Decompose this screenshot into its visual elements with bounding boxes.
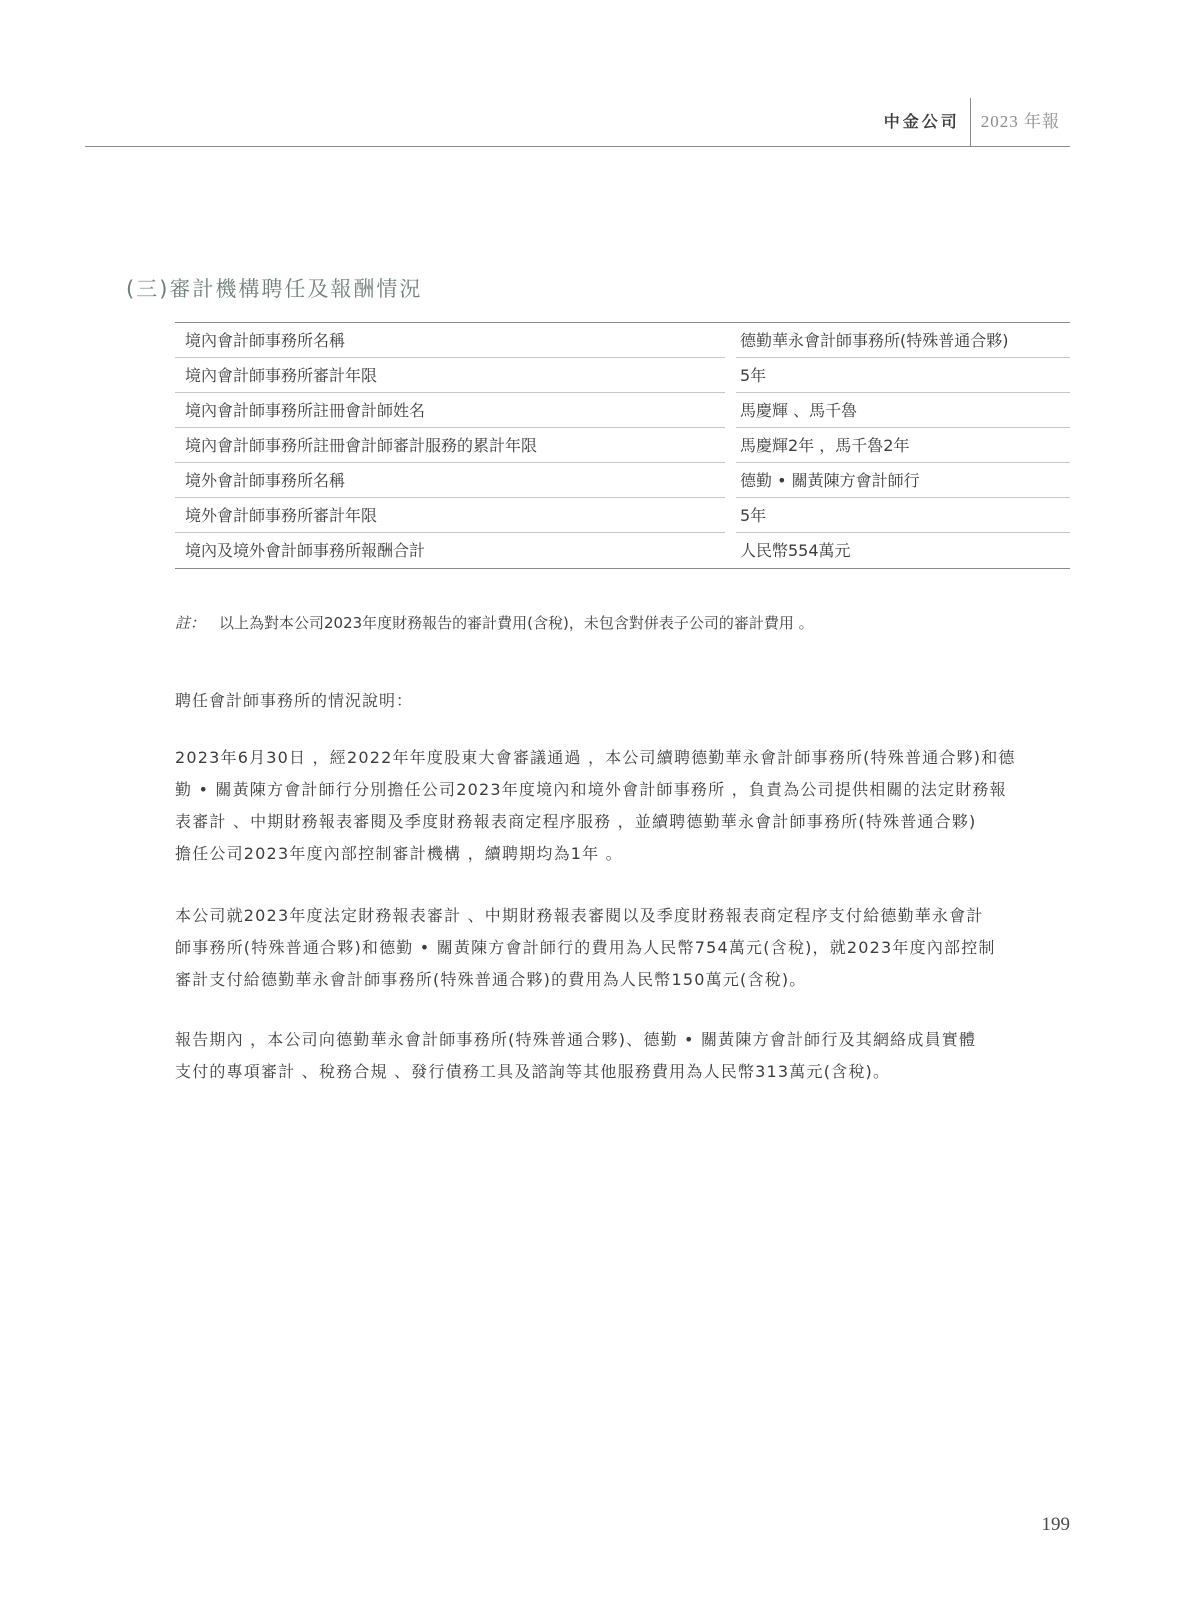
row-value: 德勤華永會計師事務所(特殊普通合夥) [736,323,1070,358]
paragraph-line: 2023年6月30日 ，經2022年年度股東大會審議通過 ，本公司續聘德勤華永會… [175,742,1070,774]
row-label: 境內會計師事務所名稱 [175,323,725,358]
paragraph-appointment: 2023年6月30日 ，經2022年年度股東大會審議通過 ，本公司續聘德勤華永會… [175,742,1070,870]
row-value: 馬慶輝2年 ，馬千魯2年 [736,428,1070,463]
header-right: 中金公司 2023 年報 [884,110,1060,146]
paragraph-line: 審計支付給德勤華永會計師事務所(特殊普通合夥)的費用為人民幣150萬元(含稅)。 [175,964,1070,996]
paragraph-line: 勤 • 關黃陳方會計師行分別擔任公司2023年度境內和境外會計師事務所 ，負責為… [175,774,1070,806]
paragraph-heading: 聘任會計師事務所的情況說明： [175,688,413,711]
paragraph-line: 報告期內 ，本公司向德勤華永會計師事務所(特殊普通合夥)、德勤 • 關黃陳方會計… [175,1024,1070,1056]
section-title: (三)審計機構聘任及報酬情況 [126,273,422,303]
paragraph-line: 師事務所(特殊普通合夥)和德勤 • 關黃陳方會計師行的費用為人民幣754萬元(含… [175,932,1070,964]
table-row: 境內會計師事務所審計年限 5年 [175,358,1070,393]
page-number: 199 [1042,1514,1071,1536]
report-year: 2023 年報 [971,110,1060,134]
table-row: 境外會計師事務所名稱 德勤 • 關黃陳方會計師行 [175,463,1070,498]
row-value: 5年 [736,498,1070,533]
paragraph-line: 表審計 、中期財務報表審閱及季度財務報表商定程序服務 ，並續聘德勤華永會計師事務… [175,806,1070,838]
row-value: 德勤 • 關黃陳方會計師行 [736,463,1070,498]
row-label: 境內會計師事務所註冊會計師審計服務的累計年限 [175,428,725,463]
paragraph-fees: 本公司就2023年度法定財務報表審計 、中期財務報表審閱以及季度財務報表商定程序… [175,900,1070,996]
paragraph-other-services: 報告期內 ，本公司向德勤華永會計師事務所(特殊普通合夥)、德勤 • 關黃陳方會計… [175,1024,1070,1088]
table-row: 境內會計師事務所註冊會計師姓名 馬慶輝 、馬千魯 [175,393,1070,428]
auditor-table: 境內會計師事務所名稱 德勤華永會計師事務所(特殊普通合夥) 境內會計師事務所審計… [175,322,1070,569]
page-header: 中金公司 2023 年報 [85,98,1070,147]
table-row: 境外會計師事務所審計年限 5年 [175,498,1070,533]
note-text: 以上為對本公司2023年度財務報告的審計費用(含稅)，未包含對併表子公司的審計費… [219,612,814,633]
note-label: 註： [175,612,219,633]
row-label: 境外會計師事務所名稱 [175,463,725,498]
row-value: 人民幣554萬元 [736,533,1070,568]
row-label: 境外會計師事務所審計年限 [175,498,725,533]
table-note: 註： 以上為對本公司2023年度財務報告的審計費用(含稅)，未包含對併表子公司的… [175,612,814,633]
row-label: 境內及境外會計師事務所報酬合計 [175,533,725,568]
company-name: 中金公司 [884,110,970,134]
row-value: 馬慶輝 、馬千魯 [736,393,1070,428]
row-label: 境內會計師事務所審計年限 [175,358,725,393]
table-row: 境內會計師事務所註冊會計師審計服務的累計年限 馬慶輝2年 ，馬千魯2年 [175,428,1070,463]
paragraph-line: 支付的專項審計 、稅務合規 、發行債務工具及諮詢等其他服務費用為人民幣313萬元… [175,1056,1070,1088]
row-label: 境內會計師事務所註冊會計師姓名 [175,393,725,428]
table-row: 境內及境外會計師事務所報酬合計 人民幣554萬元 [175,533,1070,568]
table-row: 境內會計師事務所名稱 德勤華永會計師事務所(特殊普通合夥) [175,323,1070,358]
paragraph-line: 本公司就2023年度法定財務報表審計 、中期財務報表審閱以及季度財務報表商定程序… [175,900,1070,932]
row-value: 5年 [736,358,1070,393]
paragraph-line: 擔任公司2023年度內部控制審計機構 ，續聘期均為1年 。 [175,838,1070,870]
